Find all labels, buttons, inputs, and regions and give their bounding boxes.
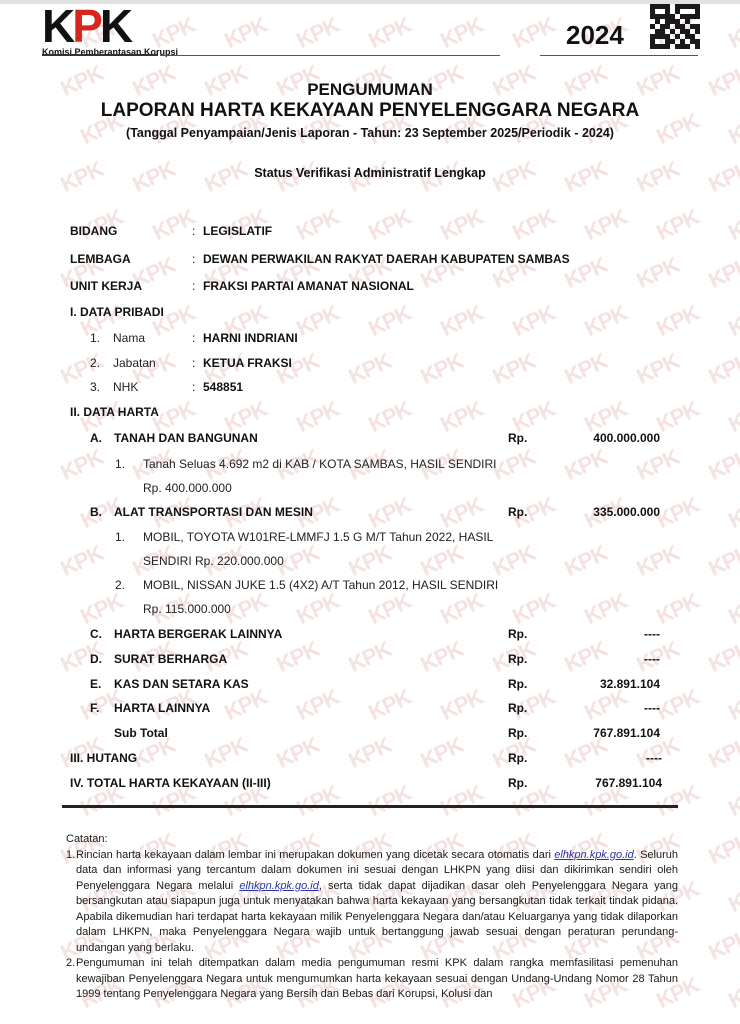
document-title: LAPORAN HARTA KEKAYAAN PENYELENGGARA NEG… xyxy=(0,100,740,122)
section-divider xyxy=(62,805,678,808)
colon: : xyxy=(192,224,195,238)
personal-value: 548851 xyxy=(203,380,243,394)
logo-letter-k2: K xyxy=(100,6,130,46)
item-number: 2. xyxy=(90,356,100,370)
currency-label: Rp. xyxy=(508,505,527,519)
item-value: Rp. 400.000.000 xyxy=(143,481,232,495)
item-number: 2. xyxy=(115,578,125,592)
note-text-segment: Pengumuman ini telah ditempatkan dalam m… xyxy=(76,957,678,1000)
currency-label: Rp. xyxy=(508,776,527,790)
category-letter: E. xyxy=(90,677,101,691)
category-letter: D. xyxy=(90,652,102,666)
category-name: HARTA LAINNYA xyxy=(114,701,210,715)
category-letter: F. xyxy=(90,701,99,715)
category-name: HARTA BERGERAK LAINNYA xyxy=(114,627,282,641)
colon: : xyxy=(192,356,195,370)
category-letter: A. xyxy=(90,431,102,445)
hutang-amount: ---- xyxy=(646,751,662,765)
kpk-logo-mark: K P K xyxy=(42,6,178,46)
info-value: FRAKSI PARTAI AMANAT NASIONAL xyxy=(203,279,414,293)
note-text-segment: Rincian harta kekayaan dalam lembar ini … xyxy=(76,849,554,861)
verification-status: Status Verifikasi Administratif Lengkap xyxy=(0,166,740,180)
header-divider xyxy=(540,55,698,56)
section-heading-data-pribadi: I. DATA PRIBADI xyxy=(70,305,164,319)
item-number: 3. xyxy=(90,380,100,394)
submission-info: (Tanggal Penyampaian/Jenis Laporan - Tah… xyxy=(0,126,740,140)
currency-label: Rp. xyxy=(508,726,527,740)
logo-letter-p: P xyxy=(72,6,100,46)
category-amount: 400.000.000 xyxy=(593,431,660,445)
info-label: UNIT KERJA xyxy=(70,279,142,293)
category-name: TANAH DAN BANGUNAN xyxy=(114,431,258,445)
category-amount: 32.891.104 xyxy=(600,677,660,691)
category-amount: ---- xyxy=(644,701,660,715)
elhkpn-link[interactable]: elhkpn.kpk.go.id xyxy=(239,880,319,892)
subtotal-amount: 767.891.104 xyxy=(593,726,660,740)
category-letter: C. xyxy=(90,627,102,641)
category-name: ALAT TRANSPORTASI DAN MESIN xyxy=(114,505,313,519)
elhkpn-link[interactable]: elhkpn.kpk.go.id xyxy=(554,849,634,861)
hutang-label: III. HUTANG xyxy=(70,751,137,765)
personal-label: Nama xyxy=(113,331,145,345)
personal-value: KETUA FRAKSI xyxy=(203,356,292,370)
item-description: MOBIL, TOYOTA W101RE-LMMFJ 1.5 G M/T Tah… xyxy=(143,530,493,544)
item-number: 1. xyxy=(115,530,125,544)
colon: : xyxy=(192,331,195,345)
kpk-logo: K P K Komisi Pemberantasan Korupsi xyxy=(42,6,178,57)
item-description: MOBIL, NISSAN JUKE 1.5 (4X2) A/T Tahun 2… xyxy=(143,578,498,592)
currency-label: Rp. xyxy=(508,652,527,666)
category-amount: ---- xyxy=(644,627,660,641)
notes-section: Catatan: 1. Rincian harta kekayaan dalam… xyxy=(66,832,678,1003)
category-name: KAS DAN SETARA KAS xyxy=(114,677,249,691)
colon: : xyxy=(192,380,195,394)
personal-label: NHK xyxy=(113,380,138,394)
subtotal-label: Sub Total xyxy=(114,726,168,740)
note-text: Pengumuman ini telah ditempatkan dalam m… xyxy=(76,956,678,1003)
total-label: IV. TOTAL HARTA KEKAYAAN (II-III) xyxy=(70,776,271,790)
colon: : xyxy=(192,252,195,266)
item-number: 1. xyxy=(115,457,125,471)
personal-value: HARNI INDRIANI xyxy=(203,331,298,345)
qr-code-icon xyxy=(650,4,700,50)
info-value: LEGISLATIF xyxy=(203,224,272,238)
category-letter: B. xyxy=(90,505,102,519)
note-number: 2. xyxy=(66,956,76,1003)
currency-label: Rp. xyxy=(508,431,527,445)
total-amount: 767.891.104 xyxy=(595,776,662,790)
currency-label: Rp. xyxy=(508,627,527,641)
item-value: SENDIRI Rp. 220.000.000 xyxy=(143,554,284,568)
note-text: Rincian harta kekayaan dalam lembar ini … xyxy=(76,848,678,957)
personal-label: Jabatan xyxy=(113,356,156,370)
note-item: 1. Rincian harta kekayaan dalam lembar i… xyxy=(66,848,678,957)
item-value: Rp. 115.000.000 xyxy=(143,602,231,616)
currency-label: Rp. xyxy=(508,677,527,691)
header-divider xyxy=(160,55,500,56)
category-amount: 335.000.000 xyxy=(593,505,660,519)
announcement-heading: PENGUMUMAN xyxy=(0,80,740,100)
note-item: 2. Pengumuman ini telah ditempatkan dala… xyxy=(66,956,678,1003)
currency-label: Rp. xyxy=(508,701,527,715)
item-number: 1. xyxy=(90,331,100,345)
info-value: DEWAN PERWAKILAN RAKYAT DAERAH KABUPATEN… xyxy=(203,252,570,266)
info-label: LEMBAGA xyxy=(70,252,131,266)
report-year: 2024 xyxy=(566,20,624,51)
header-divider xyxy=(42,54,158,56)
notes-title: Catatan: xyxy=(66,832,678,848)
category-amount: ---- xyxy=(644,652,660,666)
info-label: BIDANG xyxy=(70,224,117,238)
category-name: SURAT BERHARGA xyxy=(114,652,227,666)
item-description: Tanah Seluas 4.692 m2 di KAB / KOTA SAMB… xyxy=(143,457,497,471)
logo-letter-k1: K xyxy=(42,6,72,46)
colon: : xyxy=(192,279,195,293)
announcement-document: K P K Komisi Pemberantasan Korupsi 2024 … xyxy=(0,0,740,1024)
note-number: 1. xyxy=(66,848,76,957)
section-heading-data-harta: II. DATA HARTA xyxy=(70,405,159,419)
currency-label: Rp. xyxy=(508,751,527,765)
